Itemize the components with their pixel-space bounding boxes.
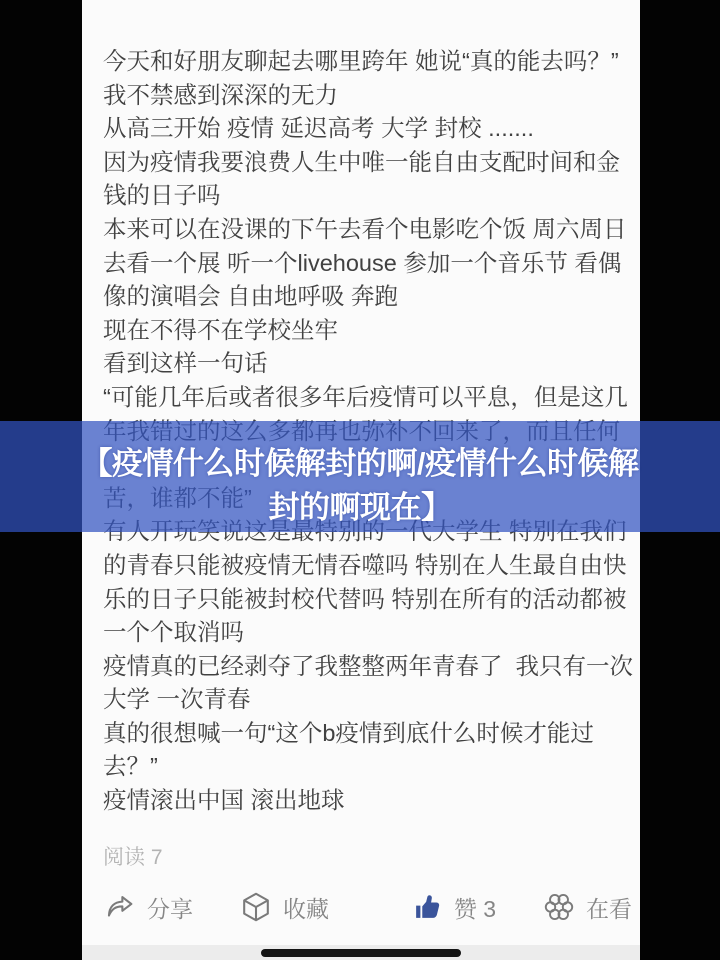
collect-box-icon xyxy=(239,890,273,924)
article-text-line: 有人开玩笑说这是最特别的一代大学生 特别在我们 xyxy=(103,515,626,549)
share-label: 分享 xyxy=(147,891,193,924)
article-action-bar: 分享 收藏 赞 3 xyxy=(103,884,632,930)
reaction-group: 赞 3 在看 xyxy=(410,890,632,924)
gesture-strip xyxy=(82,945,640,960)
article-text-line: 像的演唱会 自由地呼吸 奔跑 xyxy=(103,280,626,314)
read-count: 阅读 7 xyxy=(103,846,163,870)
article-text-line: 我不禁感到深深的无力 xyxy=(103,79,626,113)
thumbs-up-icon xyxy=(410,890,444,924)
article-panel: 今天和好朋友聊起去哪里跨年 她说“真的能去吗？”我不禁感到深深的无力从高三开始 … xyxy=(82,0,640,960)
article-text-line: 看到这样一句话 xyxy=(103,347,626,381)
article-text-line: “可能几年后或者很多年后疫情可以平息，但是这几 xyxy=(103,381,626,415)
like-label: 赞 3 xyxy=(454,891,496,924)
article-text-line: 去看一个展 听一个livehouse 参加一个音乐节 看偶 xyxy=(103,247,626,281)
collect-button[interactable]: 收藏 xyxy=(239,890,329,924)
article-body: 今天和好朋友聊起去哪里跨年 她说“真的能去吗？”我不禁感到深深的无力从高三开始 … xyxy=(103,45,626,818)
article-text-line: 一个个取消吗 xyxy=(103,616,626,650)
share-button[interactable]: 分享 xyxy=(103,890,193,924)
article-text-line: 今天和好朋友聊起去哪里跨年 她说“真的能去吗？” xyxy=(103,45,626,79)
share-arrow-icon xyxy=(103,890,137,924)
wow-flower-icon xyxy=(542,890,576,924)
article-text-line: 的青春只能被疫情无情吞噬吗 特别在人生最自由快 xyxy=(103,549,626,583)
article-text-line: 现在不得不在学校坐牢 xyxy=(103,314,626,348)
wow-label: 在看 xyxy=(586,891,632,924)
like-button[interactable]: 赞 3 xyxy=(410,890,496,924)
collect-label: 收藏 xyxy=(283,891,329,924)
article-text-line: 疫情真的已经剥夺了我整整两年青春了 我只有一次 xyxy=(103,650,626,684)
article-text-line: 疫情滚出中国 滚出地球 xyxy=(103,784,626,818)
wow-button[interactable]: 在看 xyxy=(542,890,632,924)
article-text-line: 年我错过的这么多都再也弥补不回来了，而且任何 xyxy=(103,415,626,449)
article-text-line: 因为疫情我要浪费人生中唯一能自由支配时间和金 xyxy=(103,146,626,180)
article-text-line: 苦，谁都不能” xyxy=(103,482,626,516)
article-text-line: 真的很想喊一句“这个b疫情到底什么时候才能过 xyxy=(103,717,626,751)
article-text-line: 去？” xyxy=(103,750,626,784)
article-text-line: 大学 一次青春 xyxy=(103,683,626,717)
screenshot-frame: 今天和好朋友聊起去哪里跨年 她说“真的能去吗？”我不禁感到深深的无力从高三开始 … xyxy=(0,0,720,960)
home-indicator-bar[interactable] xyxy=(261,949,461,957)
article-text-line: 本来可以在没课的下午去看个电影吃个饭 周六周日 xyxy=(103,213,626,247)
article-text-line: 乐的日子只能被封校代替吗 特别在所有的活动都被 xyxy=(103,583,626,617)
article-text-line: 钱的日子吗 xyxy=(103,179,626,213)
article-text-line: 从高三开始 疫情 延迟高考 大学 封校 ....... xyxy=(103,112,626,146)
article-text-line xyxy=(103,448,626,482)
